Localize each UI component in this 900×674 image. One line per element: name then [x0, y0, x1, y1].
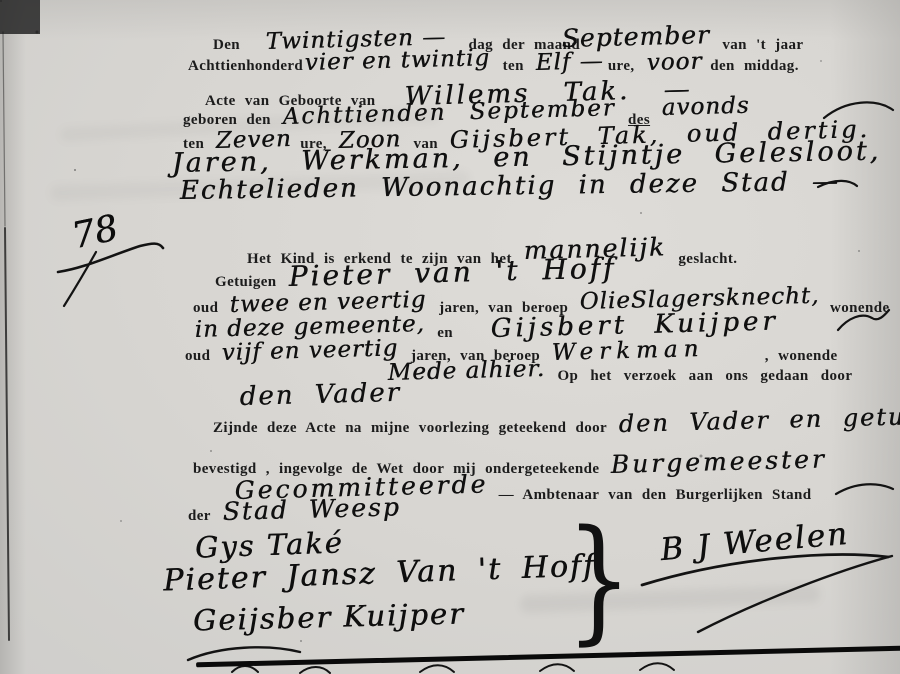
handwritten-text: Mede alhier. — [387, 356, 545, 386]
page-edge-line — [5, 228, 9, 640]
printed-text: ure, — [608, 58, 635, 75]
handwritten-text: Burgemeester — [611, 444, 828, 479]
handwritten-text: vier en twintig — [305, 45, 491, 76]
bleedthrough-smudge — [520, 585, 820, 613]
partial-next-record-strokes — [232, 666, 258, 672]
page-edge-line — [3, 32, 5, 226]
printed-text: — Ambtenaar van den Burgerlijken Stand — [499, 487, 812, 504]
handwritten-text: Stad Weesp — [222, 492, 401, 526]
printed-text: Op het verzoek aan ons gedaan door — [557, 368, 852, 385]
handwritten-text: den Vader — [239, 378, 401, 412]
paper-specks — [0, 0, 2, 2]
printed-text: Zijnde deze Acte na mijne voorlezing get… — [213, 420, 607, 437]
signature-official: B J Weelen — [659, 516, 851, 568]
record-line: Echtelieden Woonachtig in deze Stad — — [180, 176, 840, 206]
handwriting-tail — [836, 484, 893, 494]
scan-corner-artifact — [0, 0, 40, 34]
printed-text: ten — [503, 58, 524, 75]
handwritten-text: den Vader en getuigen — [618, 401, 900, 438]
separator-rule — [196, 646, 900, 668]
printed-text: geslacht. — [678, 251, 737, 268]
record-line: Achttienhonderd vier en twintig ten Elf … — [188, 50, 799, 76]
record-line: Mede alhier. Op het verzoek aan ons geda… — [388, 360, 852, 386]
birth-record-scan: Den Twintigsten — dag der maand Septembe… — [0, 0, 900, 674]
signature-swash — [188, 647, 300, 660]
record-line: der Stad Weesp — [188, 497, 401, 526]
partial-next-record-strokes — [300, 667, 330, 673]
printed-text: den middag. — [710, 58, 799, 75]
partial-next-record-strokes — [420, 665, 454, 672]
partial-next-record-strokes — [640, 663, 674, 670]
record-line: Zijnde deze Acte na mijne voorlezing get… — [213, 410, 900, 438]
printed-text: Getuigen — [215, 274, 277, 291]
handwritten-text: voor — [646, 49, 702, 76]
partial-next-record-strokes — [540, 664, 574, 671]
printed-text: der — [188, 508, 211, 525]
record-line: den Vader — [240, 382, 401, 412]
grouping-brace: } — [566, 506, 632, 654]
handwritten-text: avonds — [661, 93, 750, 121]
record-number: 78 — [68, 208, 121, 258]
handwritten-text: Elf — — [535, 48, 604, 76]
handwritten-text: vijf en veertig — [222, 335, 399, 366]
printed-text: Achttienhonderd — [188, 58, 303, 75]
printed-text: oud — [185, 348, 210, 365]
signature-witness-2: Geijsber Kuijper — [193, 596, 466, 637]
printed-text: wonende — [830, 300, 889, 317]
